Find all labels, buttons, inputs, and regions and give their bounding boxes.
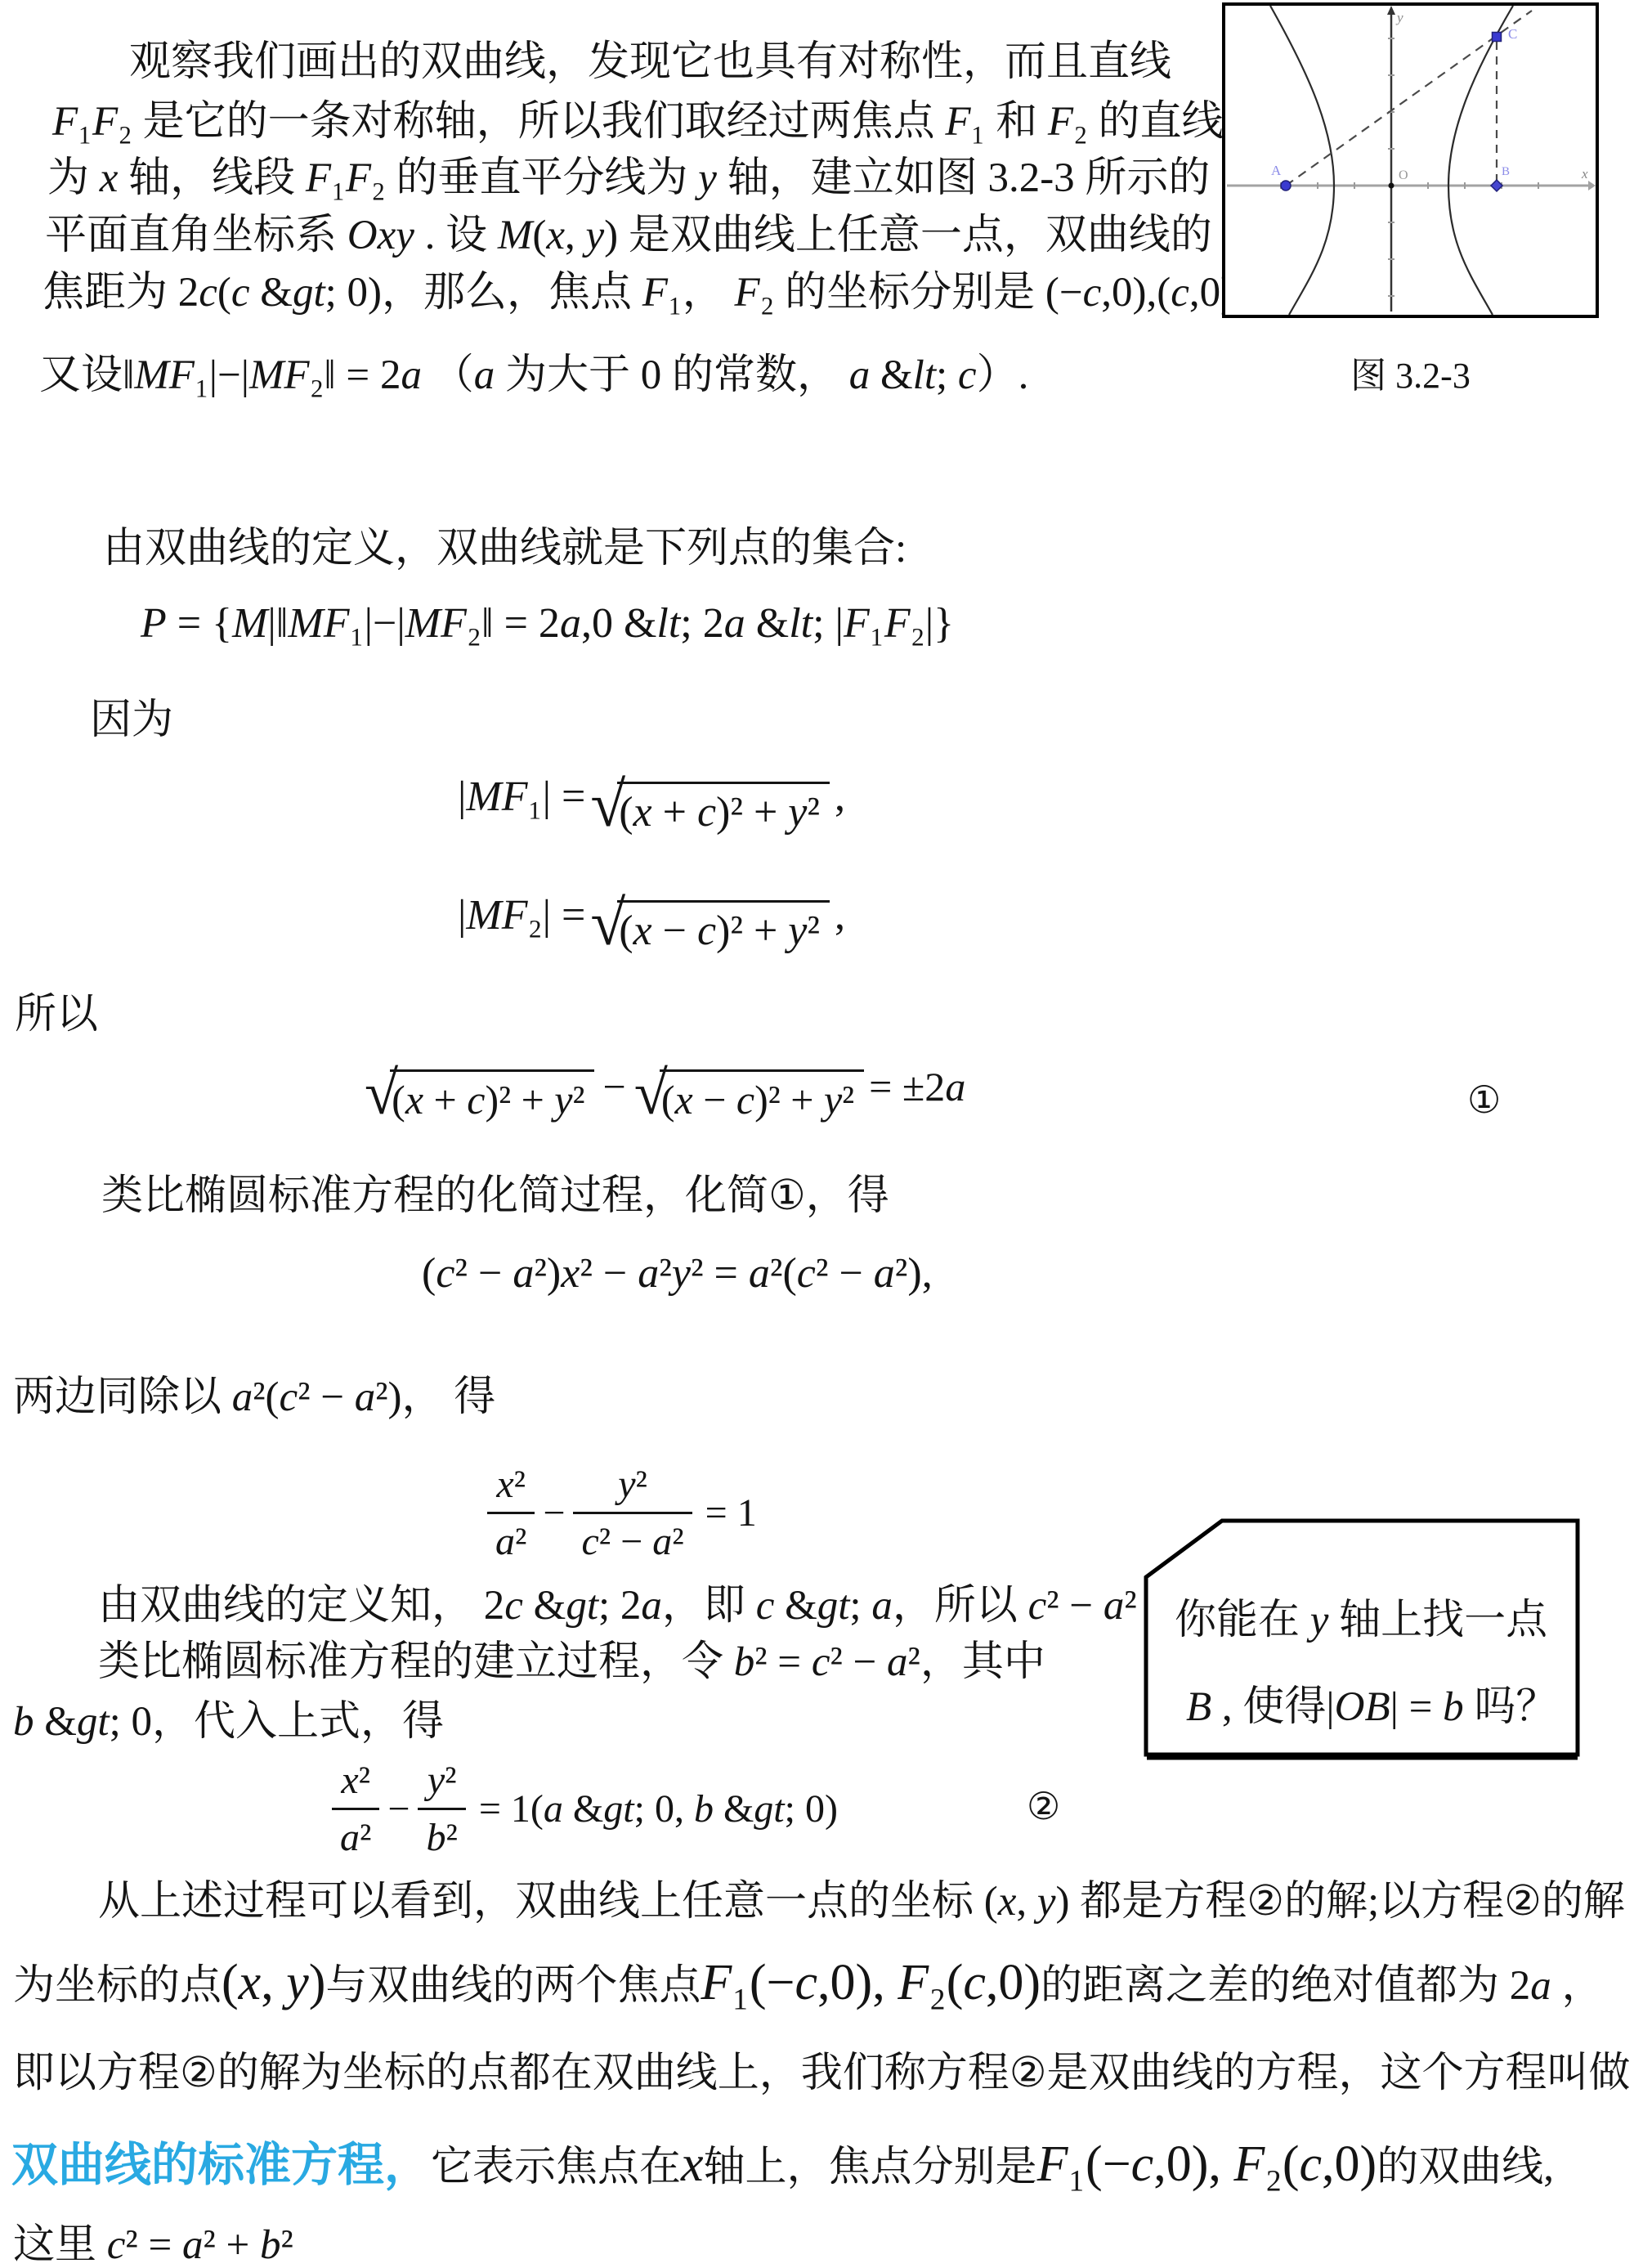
equation-mf2: |MF₂| = √(x − c)² + y² , (458, 891, 845, 955)
hyperbola-right-branch (1448, 6, 1513, 315)
radical-group: √(x − c)² + y² (634, 1063, 864, 1124)
equation-2-rhs: = 1(a &gt; 0, b &gt; 0) (479, 1786, 838, 1831)
fraction-numerator: x² (487, 1462, 535, 1514)
figure-caption: 图 3.2-3 (1222, 346, 1599, 398)
fraction: y²c² − a² (573, 1462, 692, 1564)
fraction-equation-1-rhs: = 1 (705, 1490, 757, 1535)
fraction-numerator: x² (332, 1758, 379, 1810)
fraction: x²a² (487, 1462, 535, 1564)
equation-mf2-comma: , (835, 891, 845, 939)
text-segment: 轴上，焦点分别是 (704, 2142, 1037, 2194)
fraction-numerator: y² (573, 1462, 692, 1514)
origin-point (1389, 183, 1394, 189)
fraction-denominator: a² (332, 1810, 379, 1860)
text-segment: 为坐标的点 (13, 1961, 222, 2013)
because-label: 因为 (90, 695, 173, 747)
textbook-page: 观察我们画出的双曲线，发现它也具有对称性，而且直线 F₁F₂ 是它的一条对称轴，… (0, 0, 1634, 2268)
fraction-numerator: y² (418, 1758, 465, 1810)
equation-1-tag: ① (1467, 1078, 1501, 1122)
math-segment: F₁(−c,0), F₂(c,0) (701, 1954, 1041, 2012)
definition-note: 由双曲线的定义知， 2c &gt; 2a，即 c &gt; a，所以 c² − … (98, 1580, 1265, 1633)
point-set-equation: P = {M|‖MF₁|−|MF₂‖ = 2a,0 &lt; 2a &lt; |… (141, 599, 954, 648)
point-C-label: C (1508, 26, 1517, 42)
paragraph1-line2: F₁F₂ 是它的一条对称轴，所以我们取经过两焦点 F₁ 和 F₂ 的直线 (52, 96, 1224, 149)
fraction-denominator: c² − a² (573, 1514, 692, 1564)
radical-group: √(x − c)² + y² (590, 891, 830, 955)
minus-sign: − (387, 1786, 410, 1831)
standard-equation-highlight: 双曲线的标准方程， (11, 2127, 431, 2194)
substitute-sentence: b &gt; 0，代入上式，得 (13, 1697, 444, 1749)
point-A (1281, 181, 1291, 190)
fraction: x²a² (332, 1758, 379, 1860)
equation-mf2-radicand: (x − c)² + y² (617, 900, 830, 954)
text-segment: 的双曲线, (1377, 2142, 1554, 2194)
fraction-equation-1: x²a² − y²c² − a² = 1 (482, 1462, 757, 1564)
y-axis-label: y (1395, 10, 1403, 25)
paragraph1-line5: 焦距为 2c(c &gt; 0)，那么，焦点 F₁， F₂ 的坐标分别是 (−c… (43, 267, 1276, 320)
paragraph1-line4: 平面直角坐标系 Oxy . 设 M(x, y) 是双曲线上任意一点，双曲线的 (45, 210, 1212, 262)
text-segment: 的距离之差的绝对值都为 2a ， (1041, 1961, 1604, 2013)
hyperbola-left-branch (1270, 6, 1334, 315)
equation-1: √(x + c)² + y² − √(x − c)² + y² = ±2a (360, 1063, 965, 1124)
origin-label: O (1399, 168, 1408, 182)
hyperbola-figure: y x O A B C (1225, 6, 1596, 315)
y-axis-arrow-icon (1387, 6, 1395, 15)
point-B-label: B (1502, 165, 1510, 178)
equation-2-tag: ② (1027, 1784, 1060, 1828)
minus-sign: − (543, 1490, 565, 1535)
analogy-sentence: 类比椭圆标准方程的建立过程，令 b² = c² − a²，其中 (98, 1637, 1045, 1689)
final-relation-line: 这里 c² = a² + b² (13, 2220, 293, 2268)
text-segment: 它表示焦点在 (431, 2142, 681, 2194)
equation-mf1-comma: , (835, 773, 845, 821)
fraction-denominator: a² (487, 1514, 535, 1564)
equation-mf1-radicand: (x + c)² + y² (617, 782, 830, 836)
text-segment: 与双曲线的两个焦点 (325, 1961, 701, 2013)
callout-line1: 你能在 y 轴上找一点 (1175, 1585, 1547, 1646)
so-label: 所以 (15, 989, 98, 1042)
definition-sentence: 由双曲线的定义，双曲线就是下列点的集合: (103, 523, 907, 576)
math-segment: (x, y) (222, 1954, 325, 2012)
standard-equation-line: 双曲线的标准方程， 它表示焦点在 x 轴上，焦点分别是 F₁(−c,0), F₂… (11, 2127, 1554, 2194)
divide-sentence: 两边同除以 a²(c² − a²)， 得 (13, 1372, 495, 1424)
fraction-denominator: b² (418, 1810, 465, 1860)
conclusion-line3: 即以方程②的解为坐标的点都在双曲线上，我们称方程②是双曲线的方程，这个方程叫做 (13, 2048, 1630, 2100)
equation-1-radicand-2: (x − c)² + y² (660, 1069, 864, 1123)
equation-2: x²a² − y²b² = 1(a &gt; 0, b &gt; 0) (327, 1758, 838, 1860)
paragraph1-line3: 为 x 轴，线段 F₁F₂ 的垂直平分线为 y 轴，建立如图 3.2-3 所示的 (47, 153, 1210, 205)
x-axis-label: x (1581, 166, 1588, 182)
fraction: y²b² (418, 1758, 465, 1860)
equation-mf1-lhs: |MF₁| = (458, 773, 585, 821)
equation-mf1: |MF₁| = √(x + c)² + y² , (458, 773, 845, 836)
equation-1-rhs: = ±2a (869, 1063, 965, 1110)
paragraph1-line6: 又设‖MF₁|−|MF₂‖ = 2a （a 为大于 0 的常数， a &lt; … (39, 350, 1028, 402)
math-segment: F₁(−c,0), F₂(c,0) (1037, 2136, 1377, 2194)
simplify-sentence: 类比椭圆标准方程的化简过程，化简①，得 (101, 1171, 889, 1223)
point-B (1491, 180, 1502, 191)
minus-sign: − (602, 1063, 625, 1110)
radical-group: √(x + c)² + y² (365, 1063, 594, 1124)
equation-1-radicand-1: (x + c)² + y² (390, 1069, 594, 1123)
paragraph1-line1: 观察我们画出的双曲线，发现它也具有对称性，而且直线 (129, 37, 1171, 89)
point-C (1493, 33, 1502, 42)
math-segment: x (681, 2136, 704, 2194)
point-A-label: A (1271, 163, 1282, 178)
equation-mf2-lhs: |MF₂| = (458, 891, 585, 939)
expanded-equation: (c² − a²)x² − a²y² = a²(c² − a²), (422, 1249, 933, 1298)
callout-line2: B , 使得|OB| = b 吗？ (1186, 1672, 1557, 1732)
radical-group: √(x + c)² + y² (590, 773, 830, 836)
conclusion-line2: 为坐标的点 (x, y) 与双曲线的两个焦点 F₁(−c,0), F₂(c,0)… (13, 1954, 1604, 2013)
x-axis-arrow-icon (1588, 181, 1596, 190)
figure-box: y x O A B C (1222, 2, 1599, 318)
callout-box: 你能在 y 轴上找一点 B , 使得|OB| = b 吗？ (1144, 1518, 1580, 1760)
conclusion-line1: 从上述过程可以看到，双曲线上任意一点的坐标 (x, y) 都是方程②的解;以方程… (98, 1876, 1625, 1929)
